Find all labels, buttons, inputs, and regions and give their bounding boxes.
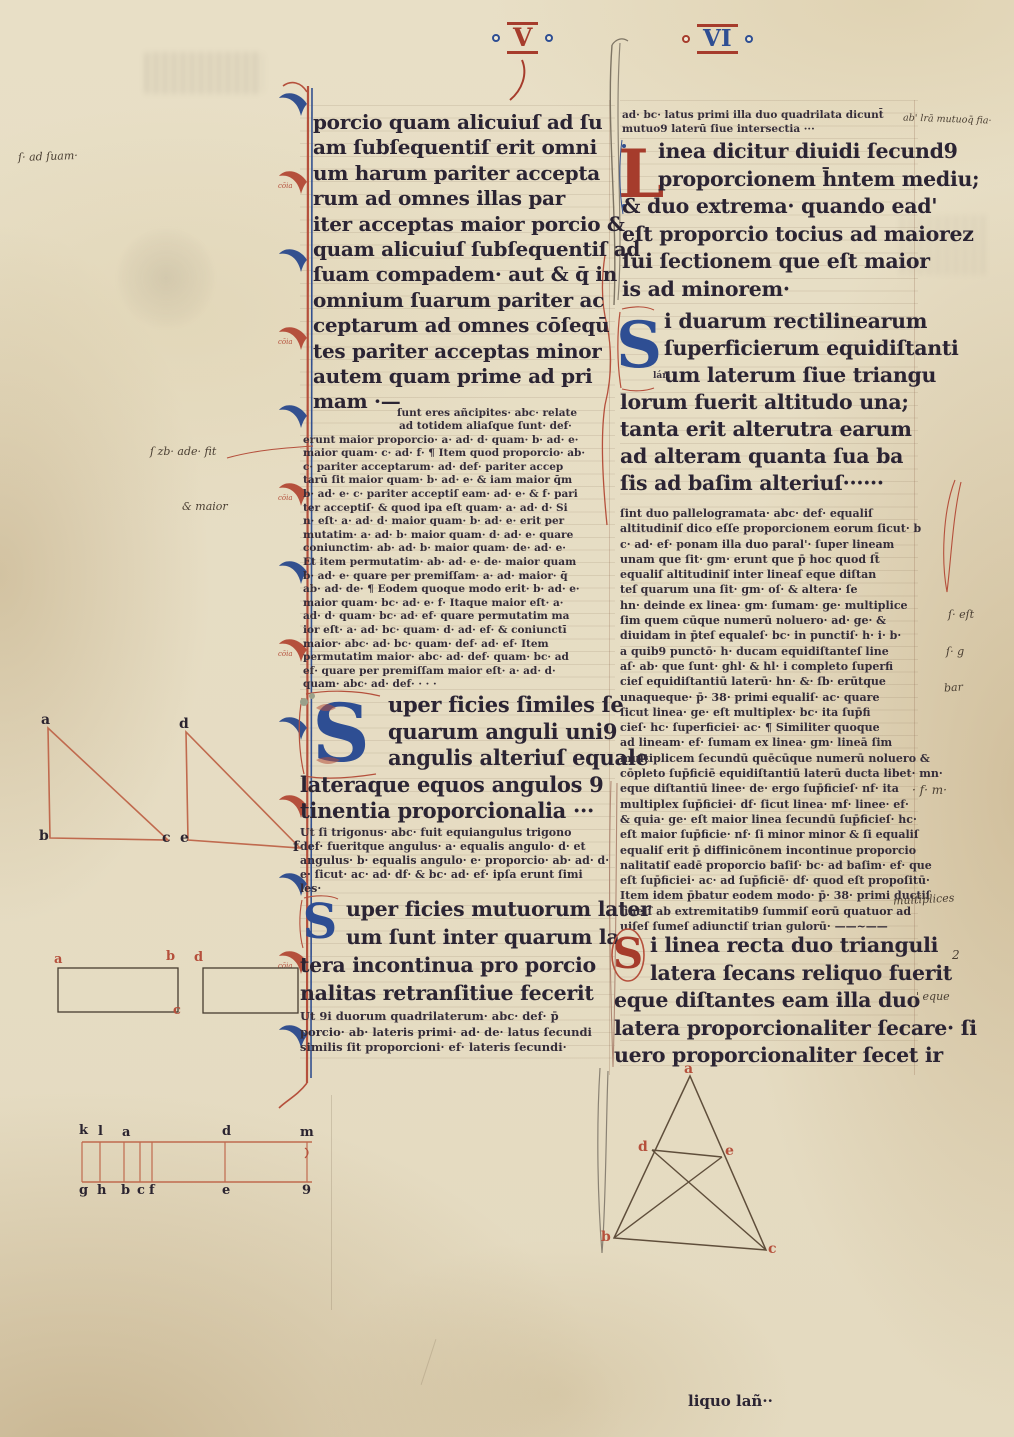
column2-gloss-top: ad· bc· latus primi illa duo quadrilata … <box>622 108 917 136</box>
margin-note-g: ſ· g <box>946 645 964 658</box>
column2-gloss-long: ſint duo pallelogramata· abc· def· equal… <box>620 506 922 934</box>
text-line: ſui ſectionem que eſt maior <box>622 248 920 276</box>
text-line: unaqueque· p̄· 38· primi equaliſ· ac· qu… <box>620 690 922 705</box>
text-line: ad· d· quam· bc· ad· ef· quare permutati… <box>303 610 615 624</box>
svg-text:cōia: cōia <box>278 182 293 190</box>
column2-linea-proposition: inea dicitur diuidi ſecund9proporcionem … <box>622 138 920 304</box>
column1-similes-proposition: uper ficies ſimiles ſequarum anguli uni9… <box>300 692 615 825</box>
text-line: equaliſ erit p̄ diffinicōnem incontinue … <box>620 843 922 858</box>
text-line: Ut ſi trigonus· abc· fuit equiangulus tr… <box>300 826 615 840</box>
text-line: maior quam· bc· ad· e· f· Itaque maior e… <box>303 597 615 611</box>
text-line: maior· abc· ad· bc· quam· def· ad· ef· I… <box>303 638 615 652</box>
vertex-label: c <box>162 831 171 845</box>
diagram-big-triangle: a d e b c <box>592 1062 797 1267</box>
text-line: ſim quem cūque numerū noluero· ad· ge· & <box>620 613 922 628</box>
margin-note-bar: bar <box>944 680 964 694</box>
margin-note-eque: ' eque <box>916 990 950 1003</box>
text-line: ſuperficierum equidiſtanti <box>620 335 920 362</box>
crease-line <box>421 1339 437 1385</box>
text-line: ad· bc· latus primi illa duo quadrilata … <box>622 108 917 122</box>
text-line: Ut 9i duorum quadrilaterum· abc· def· p̄ <box>300 1009 615 1025</box>
text-line: multiplex ſup̄ficiei· df· ſicut linea· m… <box>620 797 922 812</box>
svg-text:cōia: cōia <box>278 338 293 346</box>
text-line: similis ſit proporcioni· ef· lateris ſec… <box>300 1040 615 1056</box>
text-line: mutuo9 laterū ſiue intersectia ··· <box>622 122 917 136</box>
text-line: uper ficies mutuorum later <box>300 895 615 923</box>
segment-label: e <box>222 1184 230 1197</box>
text-line: b· ad· e· c· pariter acceptiſ eam· ad· e… <box>303 488 615 502</box>
text-line: c· pariter acceptarum· ad· def· pariter … <box>303 461 615 475</box>
text-line: ſuam compadem· aut & q̄ in <box>313 262 615 287</box>
text-line: quam alicuiuſ ſubſequentiſ ad <box>313 237 615 262</box>
vertex-label: a <box>684 1062 693 1076</box>
text-line: eſt ſup̄ficiei· ac· ad ſup̄ficiē· df· qu… <box>620 873 922 888</box>
segment-label: d <box>222 1125 231 1138</box>
margin-note-ad-suam: ſ· ad ſuam· <box>18 149 78 164</box>
diagram-pair-rectangles: a b c d <box>48 948 310 1020</box>
text-line: lorum fuerit altitudo una; <box>620 389 920 416</box>
text-line: erunt maior proporcio· a· ad· d· quam· b… <box>303 434 615 448</box>
segment-label: a <box>122 1126 130 1139</box>
segment-label: l <box>98 1125 103 1138</box>
book-number-left-glyph: V <box>507 22 538 54</box>
text-line: latera proporcionaliter ſecare· ſi <box>614 1015 919 1043</box>
diagram-pair-triangles: a b c d e f <box>28 712 314 857</box>
text-line: porcio· ab· lateris primi· ad· de· latus… <box>300 1025 615 1041</box>
diagram-segments: k l a d m g h b c f e 9 <box>72 1122 320 1200</box>
vertex-label: a <box>54 953 62 966</box>
text-line: rum ad omnes illas par <box>313 186 615 211</box>
text-line: def· fueritque angulus· a· equalis angul… <box>300 840 615 854</box>
text-line: ef· quare per premiſſam maior eſt· a· ad… <box>303 665 615 679</box>
text-line: a quib9 punctō· h· ducam equidiſtanteſ l… <box>620 644 922 659</box>
text-line: les· <box>300 882 615 896</box>
text-line: multiplicem ſecundū quēcūque numerū nolu… <box>620 751 922 766</box>
text-line: equaliſ altitudiniſ inter lineaſ eque di… <box>620 567 922 582</box>
svg-text:cōia: cōia <box>278 650 293 658</box>
text-line: aſ· ab· que ſunt· ghl· & hl· i completo … <box>620 659 922 674</box>
penwork-dot <box>682 35 690 43</box>
margin-note-fm: · f· m· <box>912 783 947 797</box>
text-line: um harum pariter accepta <box>313 161 615 186</box>
segment-label: 9 <box>302 1184 311 1197</box>
vertex-label: d <box>638 1140 648 1154</box>
book-number-right-glyph: VI <box>697 24 738 54</box>
text-line: tinentia proporcionalia ··· <box>300 798 615 825</box>
text-line: & duo extrema· quando ead' <box>622 193 920 221</box>
text-line: tanta erit alterutra earum <box>620 416 920 443</box>
vertex-label: c <box>768 1242 777 1256</box>
text-line: ab· ad· de· ¶ Eodem quoque modo erit· b·… <box>303 583 615 597</box>
vertex-label: d <box>194 951 203 964</box>
segment-label: f <box>149 1184 155 1197</box>
segment-label: m <box>300 1126 314 1139</box>
text-line: hn· deinde ex linea· gm· ſumam· ge· mult… <box>620 598 922 613</box>
penwork-dot <box>745 35 753 43</box>
text-line: Et item permutatim· ab· ad· e· de· maior… <box>303 556 615 570</box>
column1-gloss-block1: ad totidem aliaſque ſunt· def·erunt maio… <box>303 420 615 692</box>
text-line: eſt proporcio tocius ad maiorez <box>622 221 920 249</box>
vertex-label: d <box>179 717 189 731</box>
text-line: omnium ſuarum pariter ac <box>313 288 615 313</box>
text-line: ad totidem aliaſque ſunt· def· <box>303 420 615 434</box>
segment-label: h <box>97 1184 106 1197</box>
vertex-label: b <box>601 1230 611 1244</box>
text-line: diuidam in p̄teſ equaleſ· bc· in punctiſ… <box>620 628 922 643</box>
text-line: unam que ſit· gm· erunt que p̄ hoc quod … <box>620 552 922 567</box>
penwork-dot <box>545 34 553 42</box>
triangle-lines <box>28 712 314 857</box>
vertex-label: b <box>166 950 175 963</box>
vertex-label: b <box>39 829 49 843</box>
text-line: angulis alteriuſ equale <box>300 745 615 772</box>
text-line: Item idem p̄batur eodem modo· p̄· 38· pr… <box>620 888 922 903</box>
column1-proposition-text: porcio quam alicuiuſ ad ſuam ſubſequenti… <box>313 110 615 415</box>
text-line: tera incontinua pro porcio <box>300 951 615 979</box>
segment-lines <box>72 1122 320 1200</box>
text-line: nalitas retranſitiue fecerit <box>300 979 615 1007</box>
vertex-label: f <box>293 840 299 854</box>
text-line: iter acceptas maior porcio & <box>313 212 615 237</box>
margin-note-est: ſ· eſt <box>948 608 974 621</box>
crease-line <box>331 1095 332 1310</box>
margin-note-number2: 2 <box>952 948 960 962</box>
text-line: b· ad· e· quare per premiſſam· a· ad· ma… <box>303 570 615 584</box>
segment-label: b <box>121 1184 130 1197</box>
svg-text:cōia: cōia <box>278 494 293 502</box>
big-triangle-lines <box>592 1062 797 1267</box>
text-line: permutatim maior· abc· ad· def· quam· bc… <box>303 651 615 665</box>
margin-note-maior: & maior <box>182 500 228 513</box>
text-line: ior eſt· a· ad· bc· quam· d· ad· ef· & c… <box>303 624 615 638</box>
margin-note-zb-ade: ſ zb· ade· fit <box>150 445 216 458</box>
margin-hairpin-right <box>925 470 965 600</box>
text-line: cieſ· hc· ſuperficiei· ac· ¶ Similiter q… <box>620 720 922 735</box>
text-line: lineiſ ab extremitatib9 ſummiſ eorū quat… <box>620 904 922 919</box>
text-line: proporcionem h̄ntem mediu; <box>622 166 920 194</box>
book-number-tail-flourish <box>508 58 538 104</box>
column1-mutuorum-proposition: uper ficies mutuorum laterum ſunt inter … <box>300 895 615 1007</box>
segment-label: c <box>137 1184 145 1197</box>
text-line: ſicut linea· ge· eſt multiplex· bc· ita … <box>620 705 922 720</box>
text-line: angulus· b· equalis angulo· e· proporcio… <box>300 854 615 868</box>
text-line: ad alteram quanta ſua ba <box>620 443 920 470</box>
text-line: i duarum rectilinearum <box>620 308 920 335</box>
text-line: e· ſicut· ac· ad· df· & bc· ad· ef· ipſa… <box>300 868 615 882</box>
text-line: teſ quarum una ſit· gm· oſ· & altera· ſe <box>620 582 922 597</box>
text-line: cōpleto ſup̄ficiē equidiſtantiū laterū d… <box>620 766 922 781</box>
text-line: mutatim· a· ad· b· maior quam· d· ad· e·… <box>303 529 615 543</box>
column1-paragraph-tail: ſunt eres añcipites· abc· relate <box>397 407 577 419</box>
bleedthrough-stamp-ghost <box>118 228 214 328</box>
text-line: altitudiniſ dico eſſe proporcionem eorum… <box>620 521 922 536</box>
interlinear-correction: lári <box>653 371 670 381</box>
segment-label: g <box>79 1184 88 1197</box>
column2-si-linea-proposition: i linea recta duo triangulilatera ſecans… <box>614 932 919 1070</box>
text-line: ter acceptiſ· & quod ipa eſt quam· a· ad… <box>303 502 615 516</box>
vertex-label: c <box>173 1004 181 1017</box>
segment-label: k <box>79 1124 88 1137</box>
vertex-label: e <box>180 831 189 845</box>
column1-gloss-block2: Ut ſi trigonus· abc· fuit equiangulus tr… <box>300 826 615 896</box>
manuscript-page: { "colors": { "parchment": "#e8dfc6", "i… <box>0 0 1014 1437</box>
vertex-label: a <box>41 713 50 727</box>
catchword: liquo lañ·· <box>688 1392 773 1410</box>
margin-note-multiplices: multiplices <box>893 891 955 907</box>
text-line: latera ſecans reliquo fuerit <box>614 960 919 988</box>
text-line: & quia· ge· eſt maior linea ſecundū ſup̄… <box>620 812 922 827</box>
text-line: eque diſtantes eam illa duo <box>614 987 919 1015</box>
column2-si-duarum-proposition: i duarum rectilinearumſuperficierum equi… <box>620 308 920 497</box>
bleedthrough-text-ghost <box>145 52 263 94</box>
text-line: tes pariter acceptas minor <box>313 339 615 364</box>
text-line: eſt maior ſup̄ficie· nf· ſi minor minor … <box>620 827 922 842</box>
text-line: nalitatiſ eadē proporcio baſiſ· bc· ad b… <box>620 858 922 873</box>
text-line: ad lineam· ef· ſumam ex linea· gm· lineā… <box>620 735 922 750</box>
text-line: inea dicitur diuidi ſecund9 <box>622 138 920 166</box>
text-line: tarū ſit maior quam· b· ad· e· & iam mai… <box>303 474 615 488</box>
text-line: coniunctim· ab· ad· b· maior quam· de· a… <box>303 542 615 556</box>
text-line: um ſunt inter quarum la <box>300 923 615 951</box>
text-line: cieſ equidiſtantiū laterū· hn· &· ſb· er… <box>620 674 922 689</box>
text-line: eque diſtantiū linee· de· ergo ſup̄ficie… <box>620 781 922 796</box>
text-line: am ſubſequentiſ erit omni <box>313 135 615 160</box>
text-line: quarum anguli uni9 <box>300 719 615 746</box>
text-line: autem quam prime ad pri <box>313 364 615 389</box>
text-line: n· eſt· a· ad· d· maior quam· b· ad· e· … <box>303 515 615 529</box>
column1-gloss-block3: Ut 9i duorum quadrilaterum· abc· def· p̄… <box>300 1009 615 1056</box>
text-line: i linea recta duo trianguli <box>614 932 919 960</box>
text-line: maior quam· c· ad· f· ¶ Item quod propor… <box>303 447 615 461</box>
text-line: porcio quam alicuiuſ ad ſu <box>313 110 615 135</box>
text-line: ſis ad baſim alteriuſ······ <box>620 470 920 497</box>
book-number-left: V <box>492 22 553 54</box>
text-line: c· ad· ef· ponam illa duo paral'· ſuper … <box>620 537 922 552</box>
text-line: uper ficies ſimiles ſe <box>300 692 615 719</box>
text-line: ceptarum ad omnes cōſeqū <box>313 313 615 338</box>
text-line: lateraque equos angulos 9 <box>300 772 615 799</box>
text-line: is ad minorem· <box>622 276 920 304</box>
book-number-right: VI <box>682 24 753 54</box>
text-line: ſint duo pallelogramata· abc· def· equal… <box>620 506 922 521</box>
penwork-dot <box>492 34 500 42</box>
vertex-label: e <box>725 1144 734 1158</box>
